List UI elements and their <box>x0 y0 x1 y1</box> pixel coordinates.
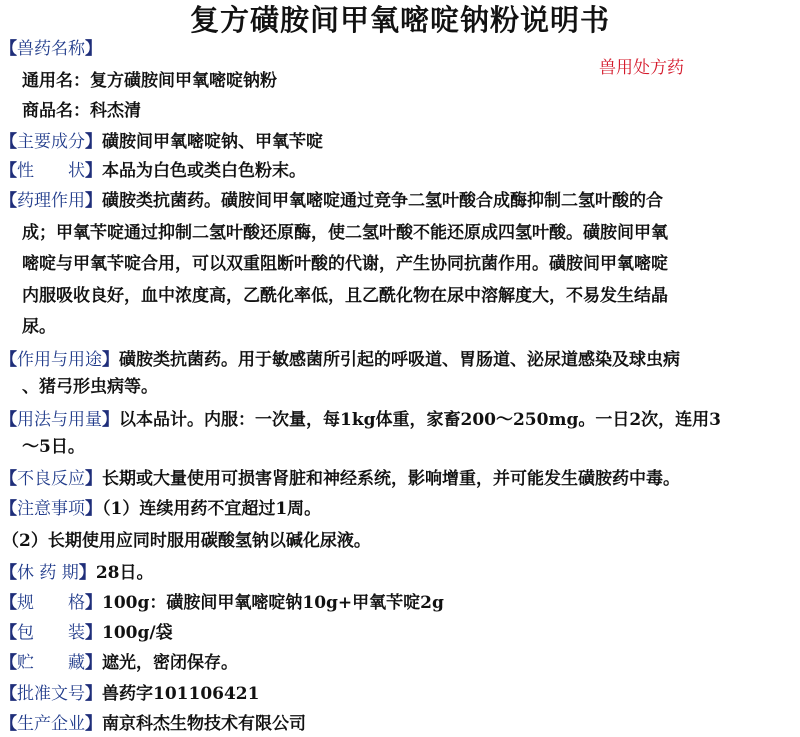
section-withdrawal: 【休 药 期】28日。 <box>0 562 153 584</box>
pharmacology-line: 成；甲氧苄啶通过抑制二氢叶酸还原酶，使二氢叶酸不能还原成四氢叶酸。磺胺间甲氧 <box>22 222 668 244</box>
dosage-line: ～5日。 <box>22 436 85 458</box>
section-manufacturer: 【生产企业】南京科杰生物技术有限公司 <box>0 713 306 735</box>
pharmacology-line: 内服吸收良好，血中浓度高，乙酰化率低，且乙酰化物在尿中溶解度大，不易发生结晶 <box>22 285 668 307</box>
section-storage: 【贮 藏】遮光，密闭保存。 <box>0 652 238 674</box>
section-precautions: 【注意事项】（1）连续用药不宜超过1周。 <box>0 498 321 520</box>
section-adverse: 【不良反应】长期或大量使用可损害肾脏和神经系统，影响增重，并可能发生磺胺药中毒。 <box>0 468 680 490</box>
pharmacology-line: 嘧啶与甲氧苄啶合用，可以双重阻断叶酸的代谢，产生协同抗菌作用。磺胺间甲氧嘧啶 <box>22 253 668 275</box>
section-label: 【兽药名称】 <box>0 39 102 59</box>
indications-line: 、猪弓形虫病等。 <box>22 376 158 398</box>
section-approval: 【批准文号】兽药字101106421 <box>0 683 259 705</box>
prescription-badge: 兽用处方药 <box>599 53 684 78</box>
section-pharmacology: 【药理作用】磺胺类抗菌药。磺胺间甲氧嘧啶通过竞争二氢叶酸合成酶抑制二氢叶酸的合 <box>0 190 663 212</box>
document-title: 复方磺胺间甲氧嘧啶钠粉说明书 <box>0 2 800 38</box>
section-indications: 【作用与用途】磺胺类抗菌药。用于敏感菌所引起的呼吸道、胃肠道、泌尿道感染及球虫病 <box>0 349 680 371</box>
section-ingredients: 【主要成分】磺胺间甲氧嘧啶钠、甲氧苄啶 <box>0 131 323 153</box>
precautions-line: （2）长期使用应同时服用碳酸氢钠以碱化尿液。 <box>2 530 371 552</box>
section-dosage: 【用法与用量】以本品计。内服：一次量，每1kg体重，家畜200～250mg。一日… <box>0 409 721 431</box>
pharmacology-line: 尿。 <box>22 316 56 338</box>
section-package: 【包 装】100g/袋 <box>0 622 173 644</box>
section-vet-drug-name: 【兽药名称】 <box>0 38 102 60</box>
generic-name: 通用名：复方磺胺间甲氧嘧啶钠粉 <box>22 70 277 92</box>
section-appearance: 【性 状】本品为白色或类白色粉末。 <box>0 160 306 182</box>
section-spec: 【规 格】100g：磺胺间甲氧嘧啶钠10g+甲氧苄啶2g <box>0 592 444 614</box>
trade-name: 商品名：科杰清 <box>22 100 141 122</box>
